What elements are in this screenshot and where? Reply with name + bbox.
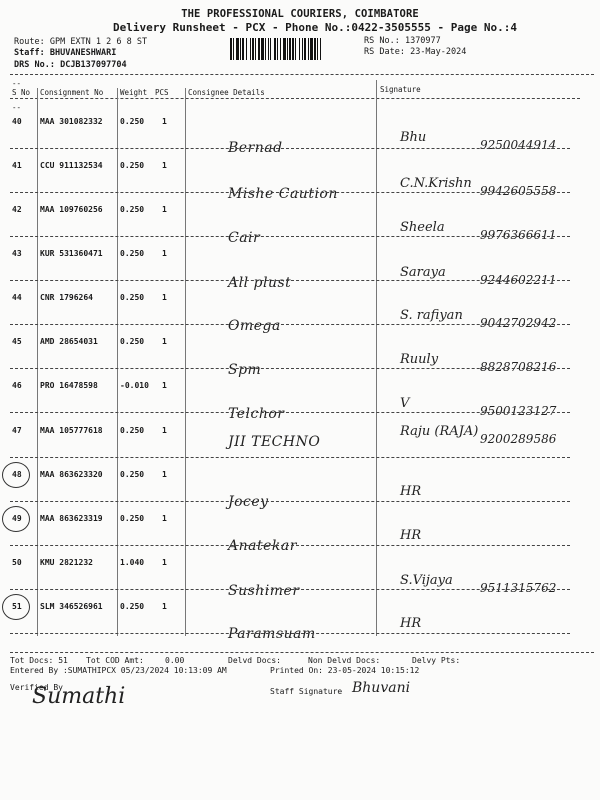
drs-label: DRS No.:	[14, 60, 55, 70]
row-signature: S.Vijaya	[400, 573, 453, 588]
row-phone: 9200289586	[480, 432, 556, 446]
drs-line: DRS No.: DCJB137097704	[14, 60, 127, 71]
row-consignee: Telchor	[228, 406, 285, 422]
row-consignment: MAA 301082332	[40, 117, 103, 126]
row-consignment: MAA 105777618	[40, 426, 103, 435]
row-weight: 0.250	[120, 514, 144, 523]
row-consignment: MAA 863623319	[40, 514, 103, 523]
company-title: THE PROFESSIONAL COURIERS, COIMBATORE	[0, 8, 600, 20]
rs-no-line: RS No.: 1370977	[364, 36, 441, 47]
row-pcs: 1	[162, 161, 167, 170]
staff-value: BHUVANESHWARI	[50, 48, 117, 58]
row-sno: 50	[12, 558, 22, 567]
col-sno: S No	[12, 88, 30, 97]
verified-signature: Sumathi	[32, 684, 125, 709]
header-divider	[10, 74, 594, 75]
row-consignee: Sushimer	[228, 583, 300, 599]
circled-row-marker	[2, 506, 30, 532]
row-signature: Ruuly	[400, 352, 438, 367]
row-sno: 41	[12, 161, 22, 170]
tot-docs: Tot Docs: 51	[10, 656, 68, 665]
entered-by: Entered By :SUMATHIPCX 05/23/2024 10:13:…	[10, 666, 227, 675]
non-delvd-docs: Non Delvd Docs:	[308, 656, 380, 665]
row-phone: 9942605558	[480, 184, 556, 198]
row-weight: 0.250	[120, 337, 144, 346]
col-divider	[117, 88, 118, 636]
row-consignee: All plust	[228, 275, 291, 291]
route-label: Route:	[14, 37, 45, 47]
row-weight: 0.250	[120, 602, 144, 611]
delvy-pts: Delvy Pts:	[412, 656, 460, 665]
row-consignment: PRO 16478598	[40, 381, 98, 390]
row-consignment: CCU 911132534	[40, 161, 103, 170]
row-pcs: 1	[162, 514, 167, 523]
row-sno: 44	[12, 293, 22, 302]
row-sno: 46	[12, 381, 22, 390]
row-weight: 0.250	[120, 470, 144, 479]
row-signature: V	[400, 396, 409, 411]
row-consignee: Spm	[228, 362, 261, 378]
row-consignee: Paramsuam	[228, 626, 316, 642]
staff-label: Staff:	[14, 48, 45, 58]
rs-no-value: 1370977	[405, 36, 441, 46]
tot-cod: Tot COD Amt:	[86, 656, 144, 665]
col-pcs: PCS	[155, 88, 169, 97]
row-signature: HR	[400, 528, 421, 543]
row-consignment: CNR 1796264	[40, 293, 93, 302]
row-consignment: KUR 531360471	[40, 249, 103, 258]
row-pcs: 1	[162, 470, 167, 479]
col-consignment: Consignment No	[40, 88, 103, 97]
row-signature: HR	[400, 484, 421, 499]
rs-date-line: RS Date: 23-May-2024	[364, 47, 466, 58]
row-signature: Sheela	[400, 220, 445, 235]
row-weight: 0.250	[120, 249, 144, 258]
row-signature: Saraya	[400, 265, 446, 280]
tot-cod-value: 0.00	[165, 656, 184, 665]
row-phone: 9511315762	[480, 581, 556, 595]
row-signature: HR	[400, 616, 421, 631]
row-consignee: Omega	[228, 318, 281, 334]
row-pcs: 1	[162, 117, 167, 126]
barcode	[230, 38, 355, 60]
row-pcs: 1	[162, 602, 167, 611]
rs-date-value: 23-May-2024	[410, 47, 466, 57]
row-consignment: MAA 109760256	[40, 205, 103, 214]
col-consignee: Consignee Details	[188, 88, 265, 97]
delvd-docs: Delvd Docs:	[228, 656, 281, 665]
col-signature: Signature	[380, 85, 421, 94]
col-divider	[376, 80, 377, 636]
circled-row-marker	[2, 594, 30, 620]
row-sno: 42	[12, 205, 22, 214]
row-consignee: Cair	[228, 230, 260, 246]
staff-line: Staff: BHUVANESHWARI	[14, 48, 116, 59]
col-divider	[37, 88, 38, 636]
row-sno: 43	[12, 249, 22, 258]
row-phone: 9250044914	[480, 138, 556, 152]
staff-signature: Bhuvani	[352, 680, 410, 696]
row-weight: 0.250	[120, 205, 144, 214]
row-consignment: MAA 863623320	[40, 470, 103, 479]
row-weight: 1.040	[120, 558, 144, 567]
row-weight: 0.250	[120, 426, 144, 435]
row-consignee: Jocey	[228, 494, 269, 510]
col-weight: Weight	[120, 88, 147, 97]
row-weight: -0.010	[120, 381, 149, 390]
column-header-divider	[10, 98, 580, 99]
runsheet-subtitle: Delivery Runsheet - PCX - Phone No.:0422…	[0, 21, 600, 34]
tot-docs-value: 51	[58, 656, 68, 665]
row-signature: Bhu	[400, 130, 426, 145]
row-consignee: Anatekar	[228, 538, 297, 554]
row-pcs: 1	[162, 381, 167, 390]
route-value: GPM EXTN 1 2 6 8 ST	[50, 37, 147, 47]
row-pcs: 1	[162, 249, 167, 258]
row-consignment: KMU 2821232	[40, 558, 93, 567]
row-phone: 9042702942	[480, 316, 556, 330]
row-pcs: 1	[162, 337, 167, 346]
row-phone: 9976366611	[480, 228, 556, 242]
col-divider	[185, 88, 186, 636]
row-consignment: AMD 28654031	[40, 337, 98, 346]
row-sno: 47	[12, 426, 22, 435]
circled-row-marker	[2, 462, 30, 488]
row-pcs: 1	[162, 293, 167, 302]
row-pcs: 1	[162, 205, 167, 214]
footer-divider	[10, 652, 594, 653]
row-signature: Raju (RAJA)	[400, 424, 478, 439]
row-sno: 40	[12, 117, 22, 126]
rs-date-label: RS Date:	[364, 47, 405, 57]
row-consignment: SLM 346526961	[40, 602, 103, 611]
row-sno: 45	[12, 337, 22, 346]
drs-value: DCJB137097704	[60, 60, 127, 70]
row-consignee: Mishe Caution	[228, 186, 338, 202]
row-weight: 0.250	[120, 293, 144, 302]
printed-on: Printed On: 23-05-2024 10:15:12	[270, 666, 419, 675]
row-signature: S. rafiyan	[400, 308, 463, 323]
row-phone: 8828708216	[480, 360, 556, 374]
rs-no-label: RS No.:	[364, 36, 400, 46]
row-pcs: 1	[162, 558, 167, 567]
row-phone: 9500123127	[480, 404, 556, 418]
row-weight: 0.250	[120, 161, 144, 170]
row-pcs: 1	[162, 426, 167, 435]
staff-signature-label: Staff Signature	[270, 687, 342, 696]
row-consignee: JII TECHNO	[228, 434, 320, 450]
row-weight: 0.250	[120, 117, 144, 126]
row-signature: C.N.Krishn	[400, 176, 472, 191]
route-line: Route: GPM EXTN 1 2 6 8 ST	[14, 37, 147, 48]
